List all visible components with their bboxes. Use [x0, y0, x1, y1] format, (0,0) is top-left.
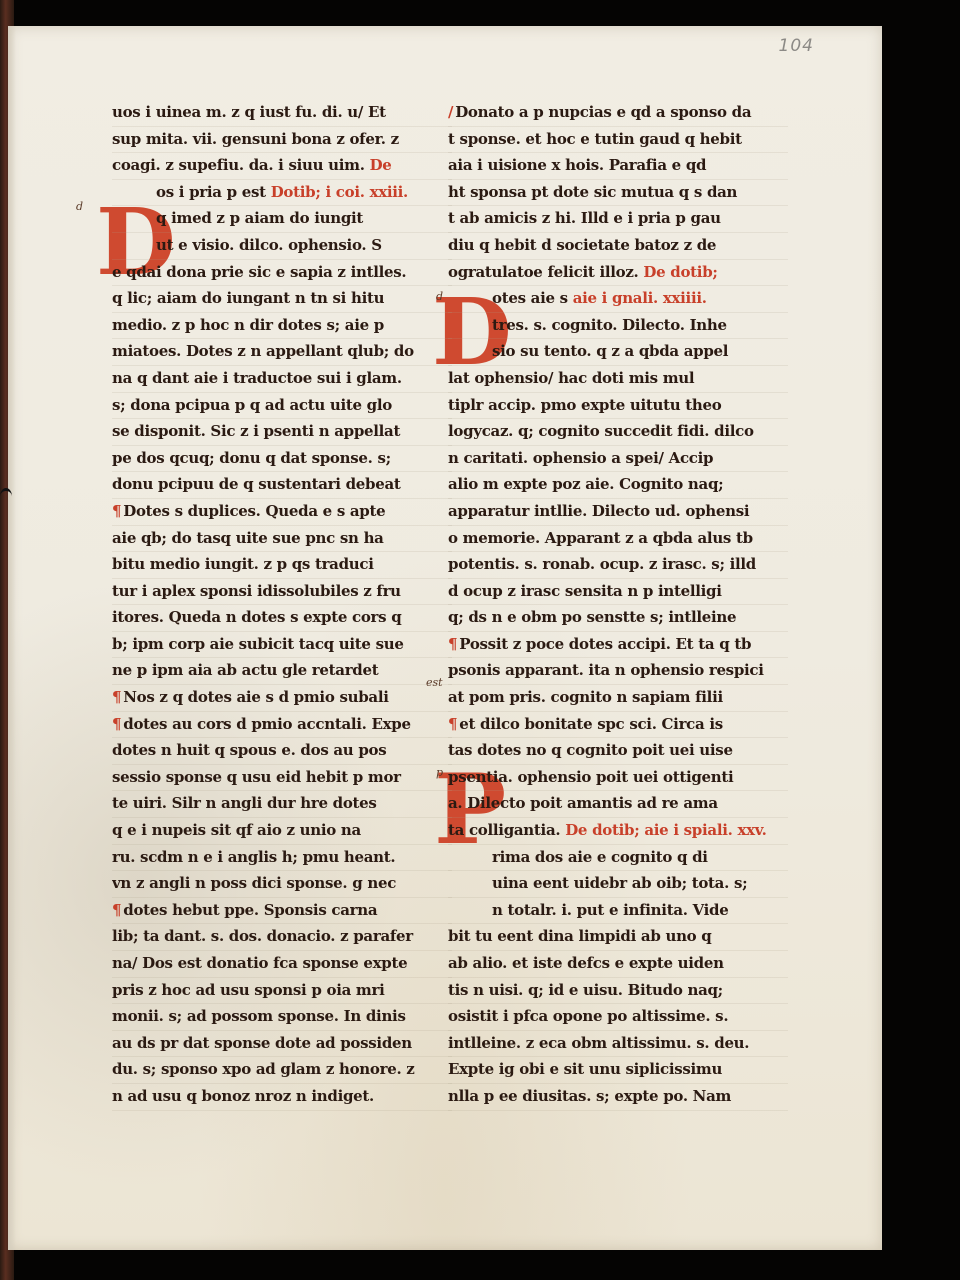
- manuscript-line: dotes n huit q spous e. dos au pos: [112, 738, 452, 765]
- rubric-heading: Dotib; i coi. xxiii.: [271, 183, 408, 201]
- line-text: q lic; aiam do iungant n tn si hitu: [112, 289, 384, 307]
- line-text: aia i uisione x hois. Parafia e qd: [448, 156, 706, 174]
- line-text: et dilco bonitate spc sci. Circa is: [459, 715, 723, 733]
- line-text: bitu medio iungit. z p qs traduci: [112, 555, 374, 573]
- line-text: intlleine. z eca obm altissimu. s. deu.: [448, 1034, 749, 1052]
- manuscript-line: ab alio. et iste defcs e expte uiden: [448, 951, 788, 978]
- manuscript-line: q; ds n e obm po senstte s; intlleine: [448, 605, 788, 632]
- rubric-heading: De dotib; aie i spiali. xxv.: [565, 821, 766, 839]
- left-text-column: uos i uinea m. z q iust fu. di. u/ Et su…: [112, 100, 452, 1111]
- line-text: Donato a p nupcias e qd a sponso da: [455, 103, 751, 121]
- line-text: osistit i pfca opone po altissime. s.: [448, 1007, 728, 1025]
- line-text: sup mita. vii. gensuni bona z ofer. z: [112, 130, 399, 148]
- manuscript-line: logycaz. q; cognito succedit fidi. dilco: [448, 419, 788, 446]
- line-text: q imed z p aiam do iungit: [156, 209, 363, 227]
- manuscript-line: se disponit. Sic z i psenti n appellat: [112, 419, 452, 446]
- line-text: ta colligantia.: [448, 821, 565, 839]
- line-text: n totalr. i. put e infinita. Vide: [492, 901, 729, 919]
- manuscript-line: nlla p ee diusitas. s; expte po. Nam: [448, 1084, 788, 1111]
- manuscript-line: otes aie s aie i gnali. xxiiii.: [448, 286, 788, 313]
- line-text: donu pcipuu de q sustentari debeat: [112, 475, 401, 493]
- manuscript-line: sup mita. vii. gensuni bona z ofer. z: [112, 127, 452, 154]
- manuscript-line: apparatur intllie. Dilecto ud. ophensi: [448, 499, 788, 526]
- line-text: s; dona pcipua p q ad actu uite glo: [112, 396, 392, 414]
- line-text: diu q hebit d societate batoz z de: [448, 236, 716, 254]
- manuscript-line: lat ophensio/ hac doti mis mul: [448, 366, 788, 393]
- line-text: psonis apparant. ita n ophensio respici: [448, 661, 764, 679]
- line-text: medio. z p hoc n dir dotes s; aie p: [112, 316, 384, 334]
- line-text: psentia. ophensio poit uei ottigenti: [448, 768, 733, 786]
- line-text: Dotes s duplices. Queda e s apte: [123, 502, 385, 520]
- manuscript-line: e qdai dona prie sic e sapia z intlles.: [112, 260, 452, 287]
- manuscript-line: itores. Queda n dotes s expte cors q: [112, 605, 452, 632]
- manuscript-line: n totalr. i. put e infinita. Vide: [448, 898, 788, 925]
- manuscript-line: ht sponsa pt dote sic mutua q s dan: [448, 180, 788, 207]
- line-text: sessio sponse q usu eid hebit p mor: [112, 768, 401, 786]
- line-text: potentis. s. ronab. ocup. z irasc. s; il…: [448, 555, 756, 573]
- line-text: at pom pris. cognito n sapiam filii: [448, 688, 723, 706]
- manuscript-line: bitu medio iungit. z p qs traduci: [112, 552, 452, 579]
- paragraph-mark-icon: ¶: [448, 715, 457, 733]
- manuscript-line: ut e visio. dilco. ophensio. S: [112, 233, 452, 260]
- line-text: otes aie s: [492, 289, 573, 307]
- rubric-heading: De dotib;: [643, 263, 717, 281]
- manuscript-line: uina eent uidebr ab oib; tota. s;: [448, 871, 788, 898]
- line-text: uos i uinea m. z q iust fu. di. u/ Et: [112, 103, 386, 121]
- manuscript-line: donu pcipuu de q sustentari debeat: [112, 472, 452, 499]
- manuscript-line: at pom pris. cognito n sapiam filii: [448, 685, 788, 712]
- manuscript-line: tas dotes no q cognito poit uei uise: [448, 738, 788, 765]
- paragraph-mark-icon: ¶: [112, 688, 121, 706]
- manuscript-line: a. Dilecto poit amantis ad re ama: [448, 791, 788, 818]
- manuscript-line: tur i aplex sponsi idissolubiles z fru: [112, 579, 452, 606]
- manuscript-line: ogratulatoe felicit illoz. De dotib;: [448, 260, 788, 287]
- line-text: t ab amicis z hi. Illd e i pria p gau: [448, 209, 721, 227]
- line-text: tis n uisi. q; id e uisu. Bitudo naq;: [448, 981, 723, 999]
- line-text: pe dos qcuq; donu q dat sponse. s;: [112, 449, 391, 467]
- manuscript-line: sessio sponse q usu eid hebit p mor: [112, 765, 452, 792]
- manuscript-line: os i pria p est Dotib; i coi. xxiii.: [112, 180, 452, 207]
- line-text: pris z hoc ad usu sponsi p oia mri: [112, 981, 385, 999]
- line-text: ne p ipm aia ab actu gle retardet: [112, 661, 378, 679]
- manuscript-line: intlleine. z eca obm altissimu. s. deu.: [448, 1031, 788, 1058]
- line-text: tres. s. cognito. Dilecto. Inhe: [492, 316, 727, 334]
- manuscript-line: aie qb; do tasq uite sue pnc sn ha: [112, 526, 452, 553]
- manuscript-line: pe dos qcuq; donu q dat sponse. s;: [112, 446, 452, 473]
- line-text: na q dant aie i traductoe sui i glam.: [112, 369, 402, 387]
- manuscript-line: au ds pr dat sponse dote ad possiden: [112, 1031, 452, 1058]
- line-text: coagi. z supefiu. da. i siuu uim.: [112, 156, 370, 174]
- manuscript-line: ¶et dilco bonitate spc sci. Circa is: [448, 712, 788, 739]
- line-text: lib; ta dant. s. dos. donacio. z parafer: [112, 927, 413, 945]
- line-text: tas dotes no q cognito poit uei uise: [448, 741, 733, 759]
- line-text: aie qb; do tasq uite sue pnc sn ha: [112, 529, 384, 547]
- line-text: alio m expte poz aie. Cognito naq;: [448, 475, 723, 493]
- page-tab-mark: [0, 488, 12, 505]
- manuscript-line: q lic; aiam do iungant n tn si hitu: [112, 286, 452, 313]
- margin-note-d-left: d: [76, 200, 83, 213]
- manuscript-line: potentis. s. ronab. ocup. z irasc. s; il…: [448, 552, 788, 579]
- line-text: Expte ig obi e sit unu siplicissimu: [448, 1060, 722, 1078]
- line-text: miatoes. Dotes z n appellant qlub; do: [112, 342, 414, 360]
- manuscript-line: ¶dotes hebut ppe. Sponsis carna: [112, 898, 452, 925]
- line-text: te uiri. Silr n angli dur hre dotes: [112, 794, 377, 812]
- manuscript-line: ru. scdm n e i anglis h; pmu heant.: [112, 845, 452, 872]
- manuscript-line: du. s; sponso xpo ad glam z honore. z: [112, 1057, 452, 1084]
- manuscript-line: coagi. z supefiu. da. i siuu uim. De: [112, 153, 452, 180]
- line-text: e qdai dona prie sic e sapia z intlles.: [112, 263, 406, 281]
- line-text: ht sponsa pt dote sic mutua q s dan: [448, 183, 737, 201]
- manuscript-line: ¶Possit z poce dotes accipi. Et ta q tb: [448, 632, 788, 659]
- manuscript-line: n ad usu q bonoz nroz n indiget.: [112, 1084, 452, 1111]
- manuscript-line: ¶Nos z q dotes aie s d pmio subali: [112, 685, 452, 712]
- manuscript-line: /Donato a p nupcias e qd a sponso da: [448, 100, 788, 127]
- line-text: tur i aplex sponsi idissolubiles z fru: [112, 582, 401, 600]
- line-text: b; ipm corp aie subicit tacq uite sue: [112, 635, 404, 653]
- line-text: vn z angli n poss dici sponse. g nec: [112, 874, 396, 892]
- line-text: itores. Queda n dotes s expte cors q: [112, 608, 401, 626]
- manuscript-line: medio. z p hoc n dir dotes s; aie p: [112, 313, 452, 340]
- manuscript-line: n caritati. ophensio a spei/ Accip: [448, 446, 788, 473]
- manuscript-line: lib; ta dant. s. dos. donacio. z parafer: [112, 924, 452, 951]
- line-text: dotes hebut ppe. Sponsis carna: [123, 901, 377, 919]
- line-text: Possit z poce dotes accipi. Et ta q tb: [459, 635, 751, 653]
- rubric-heading: De: [370, 156, 392, 174]
- paragraph-mark-icon: ¶: [112, 901, 121, 919]
- folio-number: 104: [779, 36, 814, 56]
- manuscript-line: t sponse. et hoc e tutin gaud q hebit: [448, 127, 788, 154]
- manuscript-line: sio su tento. q z a qbda appel: [448, 339, 788, 366]
- manuscript-line: Expte ig obi e sit unu siplicissimu: [448, 1057, 788, 1084]
- manuscript-line: diu q hebit d societate batoz z de: [448, 233, 788, 260]
- line-text: na/ Dos est donatio fca sponse expte: [112, 954, 407, 972]
- manuscript-line: q e i nupeis sit qf aio z unio na: [112, 818, 452, 845]
- manuscript-line: b; ipm corp aie subicit tacq uite sue: [112, 632, 452, 659]
- line-text: t sponse. et hoc e tutin gaud q hebit: [448, 130, 742, 148]
- manuscript-line: psonis apparant. ita n ophensio respici: [448, 658, 788, 685]
- manuscript-line: psentia. ophensio poit uei ottigenti: [448, 765, 788, 792]
- manuscript-line: na q dant aie i traductoe sui i glam.: [112, 366, 452, 393]
- line-text: q e i nupeis sit qf aio z unio na: [112, 821, 361, 839]
- line-text: ru. scdm n e i anglis h; pmu heant.: [112, 848, 395, 866]
- manuscript-line: na/ Dos est donatio fca sponse expte: [112, 951, 452, 978]
- line-text: du. s; sponso xpo ad glam z honore. z: [112, 1060, 415, 1078]
- manuscript-line: tiplr accip. pmo expte uitutu theo: [448, 393, 788, 420]
- manuscript-line: rima dos aie e cognito q di: [448, 845, 788, 872]
- manuscript-line: vn z angli n poss dici sponse. g nec: [112, 871, 452, 898]
- line-text: monii. s; ad possom sponse. In dinis: [112, 1007, 406, 1025]
- manuscript-line: q imed z p aiam do iungit: [112, 206, 452, 233]
- line-text: n caritati. ophensio a spei/ Accip: [448, 449, 713, 467]
- manuscript-line: uos i uinea m. z q iust fu. di. u/ Et: [112, 100, 452, 127]
- line-text: uina eent uidebr ab oib; tota. s;: [492, 874, 747, 892]
- line-text: sio su tento. q z a qbda appel: [492, 342, 728, 360]
- manuscript-line: miatoes. Dotes z n appellant qlub; do: [112, 339, 452, 366]
- paragraph-mark-icon: ¶: [112, 715, 121, 733]
- line-text: os i pria p est: [156, 183, 271, 201]
- line-text: dotes au cors d pmio accntali. Expe: [123, 715, 410, 733]
- line-text: n ad usu q bonoz nroz n indiget.: [112, 1087, 374, 1105]
- manuscript-line: pris z hoc ad usu sponsi p oia mri: [112, 978, 452, 1005]
- manuscript-line: ¶dotes au cors d pmio accntali. Expe: [112, 712, 452, 739]
- line-text: tiplr accip. pmo expte uitutu theo: [448, 396, 722, 414]
- line-text: bit tu eent dina limpidi ab uno q: [448, 927, 712, 945]
- line-text: au ds pr dat sponse dote ad possiden: [112, 1034, 412, 1052]
- line-text: lat ophensio/ hac doti mis mul: [448, 369, 694, 387]
- line-text: nlla p ee diusitas. s; expte po. Nam: [448, 1087, 731, 1105]
- paragraph-mark-icon: ¶: [448, 635, 457, 653]
- manuscript-line: t ab amicis z hi. Illd e i pria p gau: [448, 206, 788, 233]
- line-text: q; ds n e obm po senstte s; intlleine: [448, 608, 736, 626]
- manuscript-line: aia i uisione x hois. Parafia e qd: [448, 153, 788, 180]
- line-text: d ocup z irasc sensita n p intelligi: [448, 582, 722, 600]
- paragraph-mark-icon: /: [448, 103, 453, 121]
- line-text: apparatur intllie. Dilecto ud. ophensi: [448, 502, 749, 520]
- manuscript-line: tis n uisi. q; id e uisu. Bitudo naq;: [448, 978, 788, 1005]
- line-text: ut e visio. dilco. ophensio. S: [156, 236, 382, 254]
- manuscript-line: osistit i pfca opone po altissime. s.: [448, 1004, 788, 1031]
- rubric-heading: aie i gnali. xxiiii.: [573, 289, 707, 307]
- manuscript-line: bit tu eent dina limpidi ab uno q: [448, 924, 788, 951]
- line-text: dotes n huit q spous e. dos au pos: [112, 741, 386, 759]
- line-text: a. Dilecto poit amantis ad re ama: [448, 794, 718, 812]
- paragraph-mark-icon: ¶: [112, 502, 121, 520]
- manuscript-line: ne p ipm aia ab actu gle retardet: [112, 658, 452, 685]
- right-text-column: /Donato a p nupcias e qd a sponso da t s…: [448, 100, 788, 1111]
- manuscript-line: s; dona pcipua p q ad actu uite glo: [112, 393, 452, 420]
- manuscript-line: monii. s; ad possom sponse. In dinis: [112, 1004, 452, 1031]
- line-text: o memorie. Apparant z a qbda alus tb: [448, 529, 753, 547]
- manuscript-line: alio m expte poz aie. Cognito naq;: [448, 472, 788, 499]
- manuscript-line: ¶Dotes s duplices. Queda e s apte: [112, 499, 452, 526]
- manuscript-line: ta colligantia. De dotib; aie i spiali. …: [448, 818, 788, 845]
- line-text: ogratulatoe felicit illoz.: [448, 263, 643, 281]
- line-text: se disponit. Sic z i psenti n appellat: [112, 422, 400, 440]
- line-text: rima dos aie e cognito q di: [492, 848, 708, 866]
- manuscript-line: o memorie. Apparant z a qbda alus tb: [448, 526, 788, 553]
- line-text: logycaz. q; cognito succedit fidi. dilco: [448, 422, 754, 440]
- manuscript-line: te uiri. Silr n angli dur hre dotes: [112, 791, 452, 818]
- manuscript-line: d ocup z irasc sensita n p intelligi: [448, 579, 788, 606]
- line-text: ab alio. et iste defcs e expte uiden: [448, 954, 724, 972]
- line-text: Nos z q dotes aie s d pmio subali: [123, 688, 388, 706]
- manuscript-line: tres. s. cognito. Dilecto. Inhe: [448, 313, 788, 340]
